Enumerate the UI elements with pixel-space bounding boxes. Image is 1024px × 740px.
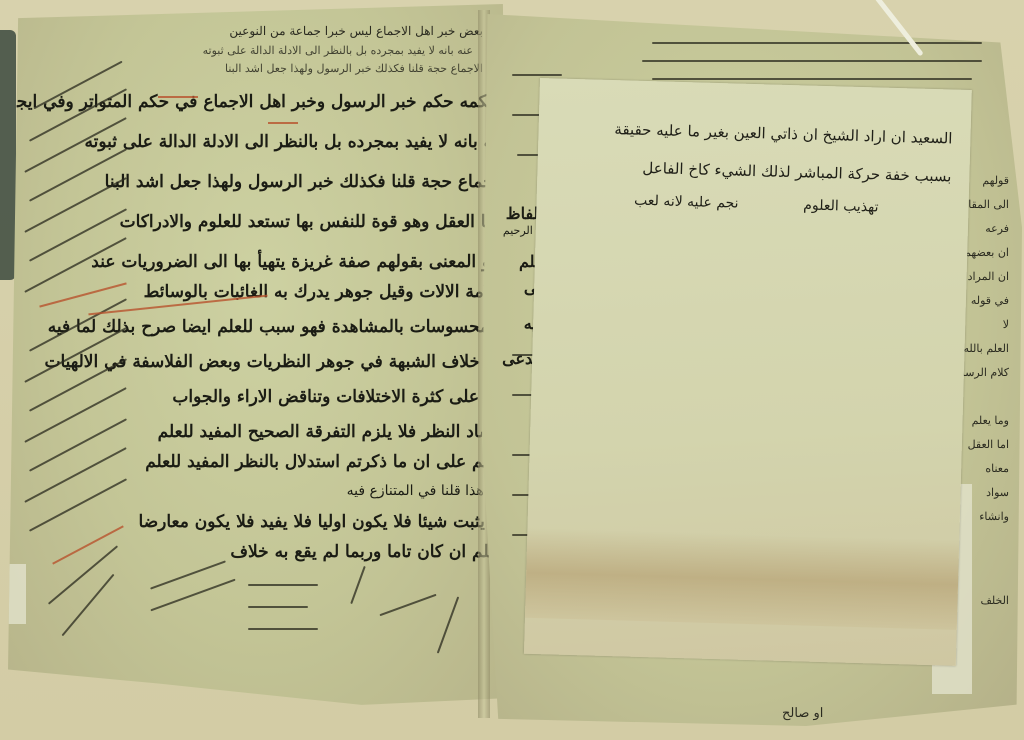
note-title: تهذيب العلوم <box>803 197 879 215</box>
text-line: بناء على كثرة الاختلافات وتناقض الاراء و… <box>172 389 508 406</box>
text-line: سلامة الالات وقيل جوهر يدرك به الغائبات … <box>144 284 508 301</box>
text-line: ان يثبت شيئا فلا يكون اوليا فلا يفيد فلا… <box>139 514 508 531</box>
left-margin-glosses <box>18 64 138 664</box>
rubric-overline <box>268 122 298 124</box>
text-line: عنه بانه لا يفيد بمجرده بل بالنظر الى ال… <box>85 134 509 151</box>
top-margin-heading: بعض خبر اهل الاجماع ليس خبرا جماعة من ال… <box>229 24 483 38</box>
text-line: لفساد النظر فلا يلزم التفرقة الصحيح المف… <box>158 424 508 441</box>
pasted-note-slip: السعيد ان اراد الشيخ ان ذاتي العين بغير … <box>524 78 972 666</box>
bottom-glosses <box>138 564 498 684</box>
text-line: وهو المعنى بقولهم صفة غريزة يتهيأ بها ال… <box>91 254 508 271</box>
text-line: للعلم على ان ما ذكرتم استدلال بالنظر الم… <box>145 454 508 471</box>
rubric-overline <box>158 96 198 98</box>
text-line: الاجماع حجة قلنا فكذلك خبر الرسول ولهذا … <box>105 174 508 191</box>
text-line: واما العقل وهو قوة للنفس بها تستعد للعلو… <box>120 214 508 231</box>
note-line: بسبب خفة حركة المباشر لذلك الشيء كاخ الف… <box>642 159 951 186</box>
water-stain <box>525 528 959 630</box>
note-line: نجم عليه لانه لعب <box>634 193 739 212</box>
paper-tear <box>8 564 26 624</box>
text-line: للعلم ان كان تاما وربما لم يقع به خلاف <box>230 544 508 561</box>
binding-edge <box>0 30 16 280</box>
note-line: السعيد ان اراد الشيخ ان ذاتي العين بغير … <box>614 120 953 147</box>
top-margin-gloss: عنه بانه لا يفيد بمجرده بل بالنظر الى ال… <box>203 44 473 57</box>
top-margin-gloss: الاجماع حجة قلنا فكذلك خبر الرسول ولهذا … <box>225 62 483 75</box>
left-page: بعض خبر اهل الاجماع ليس خبرا جماعة من ال… <box>8 4 513 712</box>
bottom-note: او صالح <box>782 706 823 721</box>
